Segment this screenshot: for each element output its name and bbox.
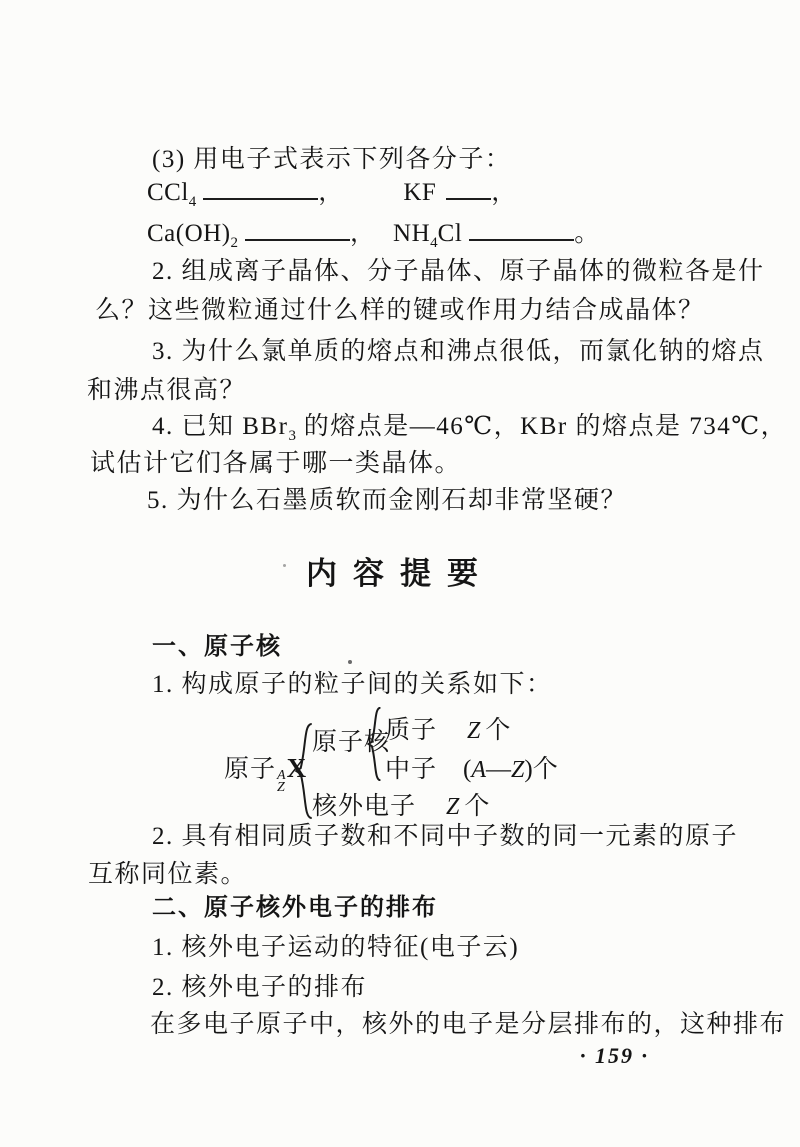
electron-label: 核外电子 bbox=[312, 793, 416, 820]
answer-blank-caoh bbox=[245, 219, 350, 241]
paren-close: ) bbox=[524, 756, 532, 783]
section-1-item-1: 1. 构成原子的粒子间的关系如下： bbox=[152, 671, 553, 698]
proton-label: 质子 bbox=[385, 717, 437, 744]
question-3-line-2: 和沸点很高？ bbox=[87, 377, 246, 404]
question-5: 5. 为什么石墨质软而金刚石却非常坚硬？ bbox=[147, 487, 627, 514]
formula-ccl4: CCl bbox=[147, 179, 189, 206]
question-3-prompt: (3) 用电子式表示下列各分子： bbox=[152, 146, 511, 173]
neutron-label: 中子 bbox=[385, 756, 437, 783]
proton-count-unit: 个 bbox=[485, 717, 511, 744]
question-4-line-2: 试估计它们各属于哪一类晶体。 bbox=[90, 450, 461, 477]
proton-row: 质子Z个 bbox=[385, 710, 511, 746]
question-3-line-1: 3. 为什么氯单质的熔点和沸点很低，而氯化钠的熔点 bbox=[152, 338, 765, 365]
comma: ， bbox=[318, 179, 343, 206]
inner-brace bbox=[366, 707, 383, 781]
section-2-title: 二、原子核外电子的排布 bbox=[152, 894, 438, 921]
formula-nh4cl-post: Cl bbox=[438, 220, 463, 247]
ink-speck bbox=[348, 660, 352, 664]
section-1-item-2-line-2: 互称同位素。 bbox=[88, 861, 247, 888]
question-4-text-post: 的熔点是—46℃，KBr 的熔点是 734℃， bbox=[296, 413, 787, 440]
neutron-row: 中子(A—Z)个 bbox=[385, 749, 559, 785]
question-4-text-pre: 4. 已知 BBr bbox=[152, 413, 288, 440]
neutron-count-unit: 个 bbox=[533, 756, 559, 783]
formula-caoh: Ca(OH) bbox=[147, 220, 231, 247]
neutron-z-variable: Z bbox=[511, 757, 524, 783]
formula-caoh-subscript: 2 bbox=[231, 235, 239, 251]
textbook-page: (3) 用电子式表示下列各分子： CCl4，KF， Ca(OH)2，NH4Cl。… bbox=[0, 0, 800, 1147]
formula-bbr3-subscript: 3 bbox=[288, 428, 296, 444]
electron-row: 核外电子Z个 bbox=[312, 786, 490, 822]
formula-ccl4-subscript: 4 bbox=[189, 194, 197, 210]
formula-nh4cl-subscript: 4 bbox=[430, 235, 438, 251]
comma: ， bbox=[491, 179, 516, 206]
formula-line-ccl4-kf: CCl4，KF， bbox=[147, 178, 516, 210]
nuclide-notation: AZ bbox=[277, 770, 286, 794]
dash: — bbox=[486, 756, 511, 783]
ink-speck bbox=[283, 564, 286, 567]
formula-kf: KF bbox=[403, 179, 436, 206]
section-2-item-1: 1. 核外电子运动的特征(电子云) bbox=[152, 934, 519, 961]
answer-blank-nh4cl bbox=[469, 219, 574, 241]
section-2-item-2: 2. 核外电子的排布 bbox=[152, 974, 367, 1001]
page-number: · 159 · bbox=[580, 1043, 649, 1069]
question-2-line-1: 2. 组成离子晶体、分子晶体、原子晶体的微粒各是什 bbox=[152, 258, 765, 285]
content-summary-heading: 内容提要 bbox=[0, 548, 800, 593]
comma: ， bbox=[350, 220, 375, 247]
electron-count-variable: Z bbox=[446, 794, 459, 820]
question-4-line-1: 4. 已知 BBr3 的熔点是—46℃，KBr 的熔点是 734℃， bbox=[152, 413, 787, 444]
answer-blank-kf bbox=[446, 178, 491, 200]
atom-word: 原子 bbox=[224, 756, 276, 783]
section-1-item-2-line-1: 2. 具有相同质子数和不同中子数的同一元素的原子 bbox=[152, 823, 738, 850]
period: 。 bbox=[574, 220, 599, 247]
proton-count-variable: Z bbox=[467, 718, 480, 744]
section-2-paragraph: 在多电子原子中，核外的电子是分层排布的，这种排布 bbox=[150, 1011, 786, 1038]
neutron-mass-variable: A bbox=[471, 757, 486, 783]
formula-nh4cl-pre: NH bbox=[393, 220, 430, 247]
formula-line-caoh-nh4cl: Ca(OH)2，NH4Cl。 bbox=[147, 219, 599, 251]
section-1-title: 一、原子核 bbox=[152, 633, 282, 660]
answer-blank-ccl4 bbox=[203, 178, 318, 200]
atomic-number: Z bbox=[277, 782, 286, 794]
electron-count-unit: 个 bbox=[464, 793, 490, 820]
question-2-line-2: 么？这些微粒通过什么样的键或作用力结合成晶体？ bbox=[95, 297, 705, 324]
